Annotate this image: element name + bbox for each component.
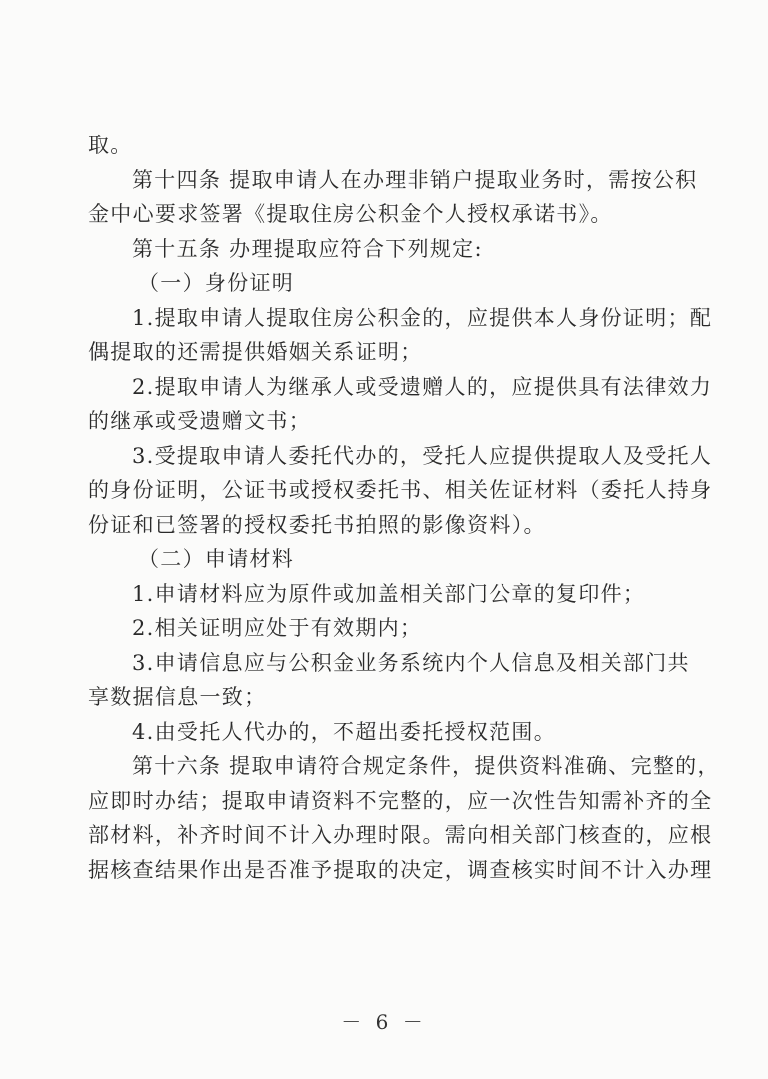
article-14-line: 第十四条 提取申请人在办理非销户提取业务时，需按公积 bbox=[88, 163, 690, 198]
list-item-line: 2.提取申请人为继承人或受遗赠人的，应提供具有法律效力 bbox=[88, 370, 690, 405]
section-heading-materials: （二）申请材料 bbox=[88, 542, 690, 577]
page-number: － 6 － bbox=[0, 1006, 768, 1035]
text-line: 据核查结果作出是否准予提取的决定，调查核实时间不计入办理 bbox=[88, 853, 690, 888]
list-item-line: 4.由受托人代办的，不超出委托授权范围。 bbox=[88, 715, 690, 750]
list-item-line: 2.相关证明应处于有效期内； bbox=[88, 611, 690, 646]
text-line: 部材料，补齐时间不计入办理时限。需向相关部门核查的，应根 bbox=[88, 818, 690, 853]
section-heading-identity: （一）身份证明 bbox=[88, 266, 690, 301]
list-item-line: 1.申请材料应为原件或加盖相关部门公章的复印件； bbox=[88, 577, 690, 612]
text-line: 取。 bbox=[88, 128, 690, 163]
text-line: 金中心要求签署《提取住房公积金个人授权承诺书》。 bbox=[88, 197, 690, 232]
list-item-line: 3.申请信息应与公积金业务系统内个人信息及相关部门共 bbox=[88, 646, 690, 681]
list-item-line: 1.提取申请人提取住房公积金的，应提供本人身份证明；配 bbox=[88, 301, 690, 336]
document-body: 取。 第十四条 提取申请人在办理非销户提取业务时，需按公积 金中心要求签署《提取… bbox=[88, 128, 690, 887]
text-line: 的身份证明，公证书或授权委托书、相关佐证材料（委托人持身 bbox=[88, 473, 690, 508]
list-item-line: 3.受提取申请人委托代办的，受托人应提供提取人及受托人 bbox=[88, 439, 690, 474]
article-15-line: 第十五条 办理提取应符合下列规定: bbox=[88, 232, 690, 267]
text-line: 偶提取的还需提供婚姻关系证明； bbox=[88, 335, 690, 370]
article-16-line: 第十六条 提取申请符合规定条件，提供资料准确、完整的， bbox=[88, 749, 690, 784]
text-line: 的继承或受遗赠文书； bbox=[88, 404, 690, 439]
text-line: 份证和已签署的授权委托书拍照的影像资料）。 bbox=[88, 508, 690, 543]
text-line: 应即时办结；提取申请资料不完整的，应一次性告知需补齐的全 bbox=[88, 784, 690, 819]
text-line: 享数据信息一致； bbox=[88, 680, 690, 715]
